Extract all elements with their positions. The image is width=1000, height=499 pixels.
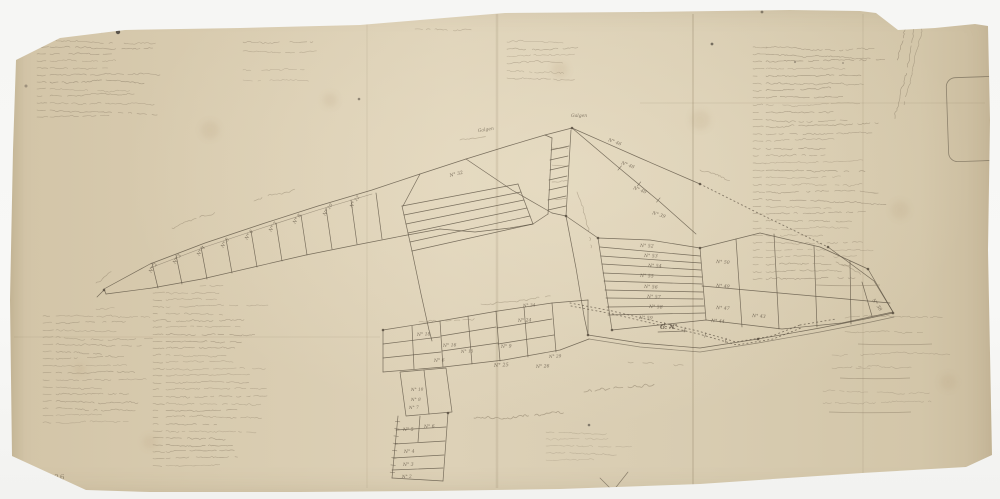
- handwriting-line: [56, 387, 102, 390]
- handwriting-line: [56, 351, 107, 354]
- handwriting-line-number: [37, 40, 46, 41]
- parcel-labels: N° 2N° 3N° 4N° 5N° 6N° 7N° 8N° 10N° 12N°…: [147, 113, 883, 479]
- parcel-label: N° 59: [638, 315, 653, 322]
- handwriting-block-right-list: [753, 46, 886, 279]
- note-underline: [816, 285, 880, 286]
- handwriting-line-number: [753, 177, 762, 178]
- parcel-label: N° 26: [535, 363, 550, 370]
- handwriting-line: [166, 334, 255, 336]
- handwriting-line: [166, 313, 226, 315]
- tick-mark: [390, 472, 395, 473]
- handwriting-line: [845, 331, 923, 334]
- parcel-label: N° 58: [648, 304, 663, 311]
- parcel-label: N° 4: [403, 449, 415, 455]
- handwriting-line-number: [753, 185, 762, 186]
- parcel-label: N° 46: [606, 137, 622, 148]
- handwriting-line-number: [153, 451, 165, 452]
- handwriting-line-number: [37, 33, 46, 34]
- foxing-spot: [690, 110, 710, 130]
- handwriting-line-number: [153, 313, 164, 314]
- handwriting-line: [766, 235, 823, 237]
- handwriting-line-number: [43, 351, 51, 352]
- handwriting-block-top-heading: [415, 29, 471, 31]
- survey-point: [699, 247, 702, 250]
- survey-point: [867, 268, 870, 271]
- handwriting-line: [507, 54, 574, 57]
- ink-speck: [588, 424, 591, 427]
- handwriting-line: [50, 93, 134, 96]
- handwriting-line: [166, 430, 256, 432]
- boundary-line: [533, 214, 548, 224]
- handwriting-line-number: [153, 320, 166, 322]
- handwriting-line: [166, 450, 239, 452]
- handwriting-line: [166, 464, 220, 466]
- boundary-line: [400, 368, 452, 416]
- handwriting-line: [50, 73, 160, 75]
- handwriting-line: [56, 401, 142, 404]
- handwriting-line: [832, 352, 950, 356]
- parcel-label: N° 47: [715, 305, 730, 312]
- handwriting-line: [50, 53, 112, 55]
- ink-speck: [679, 485, 681, 487]
- boundary-line: [774, 234, 779, 329]
- boundary-line: [736, 239, 742, 327]
- ink-speck: [25, 85, 28, 88]
- handwriting-line-number: [153, 292, 165, 293]
- boundary-line: [600, 472, 628, 491]
- handwriting-block-bottom-left-colA-header: [96, 308, 114, 310]
- handwriting-line: [96, 308, 114, 310]
- handwriting-line-number: [753, 126, 763, 127]
- handwriting-line-number: [753, 156, 762, 157]
- handwriting-block-bottom-left-colA: [43, 315, 152, 424]
- parcel-label: N° 53: [643, 253, 658, 260]
- script-flourish: [95, 271, 112, 284]
- boundary-line: [604, 281, 702, 284]
- note-underline: [858, 344, 932, 345]
- boundary-line: [468, 316, 472, 364]
- handwriting-line: [56, 344, 141, 347]
- boundary-line: [104, 128, 572, 289]
- handwriting-line-number: [753, 242, 762, 243]
- handwriting-line: [845, 316, 942, 318]
- handwriting-line: [166, 298, 217, 300]
- handwriting-line: [166, 341, 242, 343]
- handwriting-line: [546, 459, 594, 461]
- handwriting-line: [832, 365, 911, 368]
- handwriting-line: [166, 445, 232, 447]
- handwriting-line: [50, 102, 154, 105]
- boundary-line: [850, 261, 851, 324]
- parcel-label: N° 38: [870, 297, 883, 312]
- handwriting-line: [904, 18, 926, 105]
- boundary-line: [572, 128, 696, 234]
- handwriting-line: [166, 424, 217, 425]
- handwriting-line: [415, 29, 471, 31]
- boundary-line: [392, 416, 398, 478]
- handwriting-line-number: [43, 365, 56, 366]
- handwriting-line: [166, 374, 250, 376]
- parcel-label: N° 5: [402, 427, 414, 433]
- handwriting-line: [50, 115, 109, 117]
- handwriting-block-bottom-left-colB: [153, 292, 268, 466]
- handwriting-line: [50, 40, 155, 44]
- tick-mark: [393, 443, 398, 444]
- handwriting-block-bottom-right-note-2: [832, 352, 950, 369]
- handwriting-line: [166, 438, 225, 441]
- handwriting-line: [766, 154, 825, 156]
- boundary-line: [402, 206, 412, 251]
- handwriting-line-number: [153, 354, 166, 355]
- handwriting-line-number: [37, 117, 48, 118]
- boundary-line: [612, 320, 706, 330]
- boundary-line: [441, 327, 496, 336]
- handwriting-line: [507, 78, 575, 81]
- boundary-line: [383, 352, 441, 358]
- handwriting-line-number: [153, 403, 164, 405]
- script-flourish: [584, 382, 660, 393]
- handwriting-block-bottom-center-block: [546, 432, 632, 461]
- note-underline: [829, 412, 911, 413]
- boundary-line: [552, 303, 556, 352]
- handwriting-line: [766, 249, 873, 251]
- handwriting-block-corner-note-rotated: [884, 14, 926, 120]
- boundary-line: [550, 166, 568, 170]
- handwriting-line-number: [753, 61, 762, 62]
- handwriting-line-number: [753, 191, 765, 192]
- handwriting-line: [766, 74, 861, 76]
- handwriting-line: [546, 438, 608, 440]
- ink-speck: [116, 30, 120, 34]
- handwriting-line-number: [753, 148, 763, 149]
- script-flourish: [552, 181, 567, 183]
- handwriting-line: [766, 170, 865, 172]
- survey-point: [611, 329, 614, 332]
- parcel-label: N° 16: [442, 342, 457, 349]
- handwriting-line: [166, 347, 239, 349]
- parcel-label: N° 32: [448, 170, 464, 179]
- parcel-label: N° 57: [646, 294, 661, 301]
- handwriting-line: [766, 220, 852, 222]
- handwriting-line-number: [43, 372, 51, 373]
- boundary-line: [392, 478, 443, 481]
- tick-mark: [394, 429, 399, 430]
- handwriting-line: [243, 79, 309, 81]
- boundary-line: [548, 138, 552, 214]
- survey-point: [447, 412, 450, 415]
- boundary-line: [588, 313, 893, 348]
- handwriting-line-number: [753, 104, 763, 105]
- script-flourish: [253, 187, 295, 202]
- boundary-line: [276, 223, 282, 261]
- script-flourish: [628, 361, 683, 366]
- parcel-label: N° 56: [643, 284, 658, 291]
- script-flourishes: [95, 136, 861, 422]
- survey-point: [757, 338, 760, 341]
- handwriting-line-number: [153, 431, 162, 432]
- handwriting-line-number: [753, 170, 764, 171]
- handwriting-line-number: [153, 389, 162, 390]
- boundary-line: [572, 128, 700, 184]
- foxing-spot: [323, 93, 337, 107]
- boundary-ticks: [390, 166, 726, 473]
- handwriting-line-number: [43, 401, 51, 402]
- handwriting-line-number: [153, 383, 161, 384]
- foxing-stains: [74, 62, 956, 449]
- boundary-line: [566, 216, 588, 335]
- handwriting-line: [56, 356, 124, 360]
- handwriting-line: [243, 41, 313, 43]
- handwriting-block-tiny-mark: [380, 18, 389, 19]
- script-flourish: [552, 165, 569, 166]
- parcel-label: N° 6: [433, 357, 445, 364]
- survey-point: [827, 246, 830, 249]
- ink-speck: [903, 9, 908, 14]
- handwriting-line: [766, 199, 886, 204]
- handwriting-line: [507, 61, 562, 64]
- boundary-line: [392, 468, 443, 470]
- parcel-label: N° 2: [401, 474, 412, 479]
- handwriting-line: [823, 401, 931, 404]
- tick-mark: [392, 450, 397, 451]
- handwriting-line-number: [753, 83, 761, 84]
- survey-point: [597, 237, 600, 240]
- handwriting-line: [766, 68, 856, 70]
- handwriting-line-number: [753, 257, 763, 258]
- handwriting-block-bottom-left-colB-header: [200, 285, 223, 286]
- parcel-label: N° 55: [639, 273, 654, 280]
- handwriting-line-number: [43, 316, 53, 317]
- archive-number: R.N. N 226: [16, 473, 66, 483]
- boundary-line: [702, 286, 890, 303]
- boundary-line: [700, 233, 893, 312]
- boundary-line: [150, 194, 372, 268]
- handwriting-line-number: [153, 362, 163, 363]
- script-flourish: [474, 409, 568, 422]
- boundary-line: [424, 370, 429, 414]
- boundary-line: [566, 216, 598, 238]
- handwriting-block-top-left-list: [37, 31, 160, 117]
- handwriting-line-number: [43, 358, 53, 359]
- parcel-label: N° 8: [410, 397, 421, 402]
- handwriting-line-number: [753, 249, 764, 250]
- handwriting-line-number: [753, 134, 762, 135]
- dotted-path: [571, 306, 801, 345]
- handwriting-line: [766, 211, 865, 214]
- boundary-line: [524, 307, 528, 357]
- handwriting-line: [166, 396, 267, 399]
- survey-point: [587, 334, 590, 337]
- handwriting-line: [56, 408, 135, 411]
- survey-point: [382, 329, 385, 332]
- handwriting-block-bottom-right-note-3: [823, 390, 931, 404]
- handwriting-line: [166, 367, 265, 370]
- place-label: Galgen: [477, 126, 494, 134]
- script-flourish: [481, 296, 551, 305]
- boundary-line: [548, 206, 566, 210]
- handwriting-line: [50, 67, 108, 69]
- handwriting-line-number: [37, 110, 45, 111]
- handwriting-line: [166, 456, 238, 458]
- boundary-line: [412, 326, 414, 369]
- survey-point: [699, 183, 702, 186]
- handwriting-line: [546, 445, 632, 447]
- boundary-line: [608, 313, 705, 315]
- handwriting-line: [50, 88, 130, 92]
- handwriting-line-number: [37, 103, 47, 104]
- handwriting-line-number: [753, 163, 766, 164]
- legend-box: [946, 76, 1000, 162]
- boundary-line: [393, 455, 444, 458]
- handwriting-line: [766, 46, 874, 51]
- ink-speck: [358, 98, 361, 101]
- boundary-line: [552, 213, 566, 216]
- handwriting-line-number: [753, 47, 767, 48]
- handwriting-line: [243, 51, 317, 53]
- scan-background: N° 2N° 3N° 4N° 5N° 6N° 7N° 8N° 10N° 12N°…: [0, 0, 1000, 499]
- handwriting-line: [546, 432, 607, 435]
- handwriting-block-calc-block: [507, 40, 578, 80]
- handwriting-line-number: [37, 68, 48, 69]
- parcel-label: N° 44: [710, 318, 725, 325]
- handwriting-line: [56, 364, 127, 366]
- handwriting-line: [507, 48, 578, 51]
- boundary-line: [814, 246, 817, 327]
- handwriting-line: [56, 393, 129, 395]
- handwriting-line: [766, 263, 850, 265]
- handwriting-line: [766, 59, 885, 62]
- script-flourish: [460, 136, 486, 141]
- tick-mark: [391, 465, 396, 466]
- parcel-label: N° 25: [493, 362, 509, 369]
- handwriting-line: [56, 421, 128, 424]
- handwriting-line-number: [753, 68, 764, 69]
- handwriting-line-number: [37, 88, 46, 89]
- handwriting-line: [166, 381, 252, 383]
- boundary-line: [566, 130, 571, 216]
- parcel-label: N° 18: [416, 331, 431, 338]
- boundary-line: [549, 186, 567, 190]
- script-flourish: [171, 211, 215, 229]
- foxing-spot: [891, 201, 909, 219]
- handwriting-line: [50, 110, 157, 115]
- boundary-line: [443, 413, 448, 481]
- handwriting-line-number: [43, 415, 53, 416]
- handwriting-line: [50, 80, 144, 84]
- handwriting-line: [507, 40, 563, 43]
- handwriting-line: [56, 321, 130, 324]
- survey-points: [103, 127, 895, 415]
- foxing-spot: [940, 374, 956, 390]
- boundary-line: [598, 238, 612, 330]
- parcel-label: N° 9: [500, 343, 512, 350]
- handwriting-line: [766, 148, 831, 150]
- handwriting-line-number: [43, 408, 54, 409]
- ink-specks: [25, 9, 909, 487]
- parcel-label: N° 54: [647, 263, 662, 270]
- handwriting-line-number: [753, 97, 765, 98]
- handwriting-line: [766, 160, 868, 164]
- handwriting-line: [766, 82, 863, 85]
- handwriting-line-number: [753, 279, 762, 280]
- handwriting-line: [766, 190, 878, 193]
- handwriting-line: [766, 206, 831, 208]
- parcel-label: N° 29: [548, 353, 562, 359]
- handwriting-line: [56, 371, 139, 373]
- foxing-spot: [201, 121, 219, 139]
- boundary-line: [97, 290, 104, 297]
- parcel-boundaries: [97, 128, 894, 491]
- boundary-line: [376, 193, 382, 239]
- handwriting-line: [896, 14, 909, 64]
- parcel-label: N° 49: [715, 283, 730, 290]
- parcel-label: N° 15: [460, 348, 474, 354]
- handwriting-line: [766, 183, 862, 186]
- handwriting-line: [50, 31, 106, 33]
- handwriting-line-number: [153, 368, 164, 369]
- handwriting-line: [766, 111, 833, 113]
- handwriting-line: [166, 354, 226, 357]
- handwriting-line: [166, 387, 267, 390]
- handwriting-line: [50, 59, 116, 61]
- boundary-line: [301, 215, 307, 255]
- handwriting-line: [766, 54, 870, 59]
- tick-mark: [395, 421, 400, 422]
- handwriting-line-number: [153, 466, 162, 467]
- handwriting-line-number: [753, 228, 761, 229]
- handwriting-line: [166, 319, 244, 322]
- handwriting-line: [546, 453, 619, 456]
- handwriting-block-top-center-para-2: [243, 68, 309, 81]
- boundary-line: [706, 312, 893, 329]
- ink-speck: [761, 11, 764, 14]
- station-label: G. N°: [660, 324, 678, 331]
- handwriting-line-number: [43, 330, 54, 331]
- survey-point: [571, 127, 574, 130]
- handwriting-line-number: [37, 75, 45, 76]
- handwriting-line-number: [153, 458, 164, 459]
- parcel-label: N° 50: [715, 259, 730, 266]
- foxing-spot: [552, 62, 568, 78]
- handwriting-line: [166, 403, 261, 406]
- handwriting-squiggles: [37, 14, 950, 466]
- handwriting-line: [56, 315, 150, 317]
- parcel-label: N° 34: [522, 302, 536, 308]
- parcel-label: N° 7: [408, 405, 419, 410]
- handwriting-line: [166, 326, 240, 328]
- boundary-line: [402, 184, 518, 206]
- handwriting-line-number: [153, 423, 164, 424]
- parcel-label: N° 52: [639, 243, 654, 250]
- parcel-label: N° 48: [619, 160, 635, 171]
- handwriting-line: [50, 46, 153, 49]
- parcel-label: N° 10: [410, 387, 424, 392]
- handwriting-line-number: [43, 322, 52, 323]
- foxing-spot: [143, 435, 157, 449]
- handwriting-line-number: [153, 334, 163, 335]
- handwriting-block-top-center-para-1: [243, 41, 317, 53]
- handwriting-line-number: [153, 375, 162, 376]
- handwriting-line: [56, 379, 146, 381]
- boundary-line: [412, 251, 432, 341]
- handwriting-line-number: [753, 272, 762, 273]
- handwriting-line-number: [37, 47, 49, 48]
- parcel-label: N° 39: [650, 210, 666, 220]
- handwriting-line-number: [753, 141, 763, 142]
- boundary-line: [404, 192, 521, 215]
- handwriting-line-number: [753, 206, 761, 207]
- handwriting-line: [243, 68, 304, 70]
